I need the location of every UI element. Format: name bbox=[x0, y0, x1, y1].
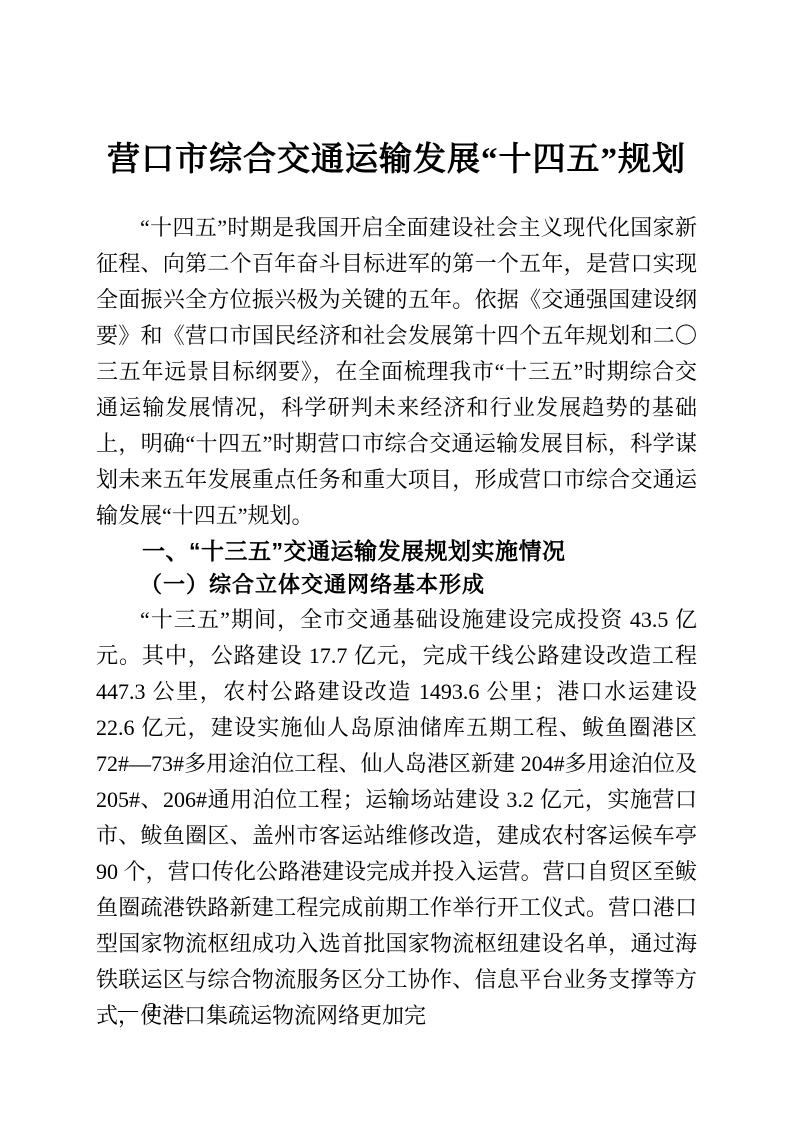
body-paragraph: “十三五”期间，全市交通基础设施建设完成投资 43.5 亿元。其中，公路建设 1… bbox=[96, 602, 697, 1034]
document-title: 营口市综合交通运输发展“十四五”规划 bbox=[96, 138, 697, 182]
document-page: 营口市综合交通运输发展“十四五”规划 “十四五”时期是我国开启全面建设社会主义现… bbox=[0, 0, 793, 1122]
subsection-heading: （一）综合立体交通网络基本形成 bbox=[96, 568, 697, 602]
page-number: — 2 — bbox=[118, 998, 188, 1022]
intro-paragraph: “十四五”时期是我国开启全面建设社会主义现代化国家新征程、向第二个百年奋斗目标进… bbox=[96, 210, 697, 534]
section-heading: 一、“十三五”交通运输发展规划实施情况 bbox=[96, 534, 697, 568]
